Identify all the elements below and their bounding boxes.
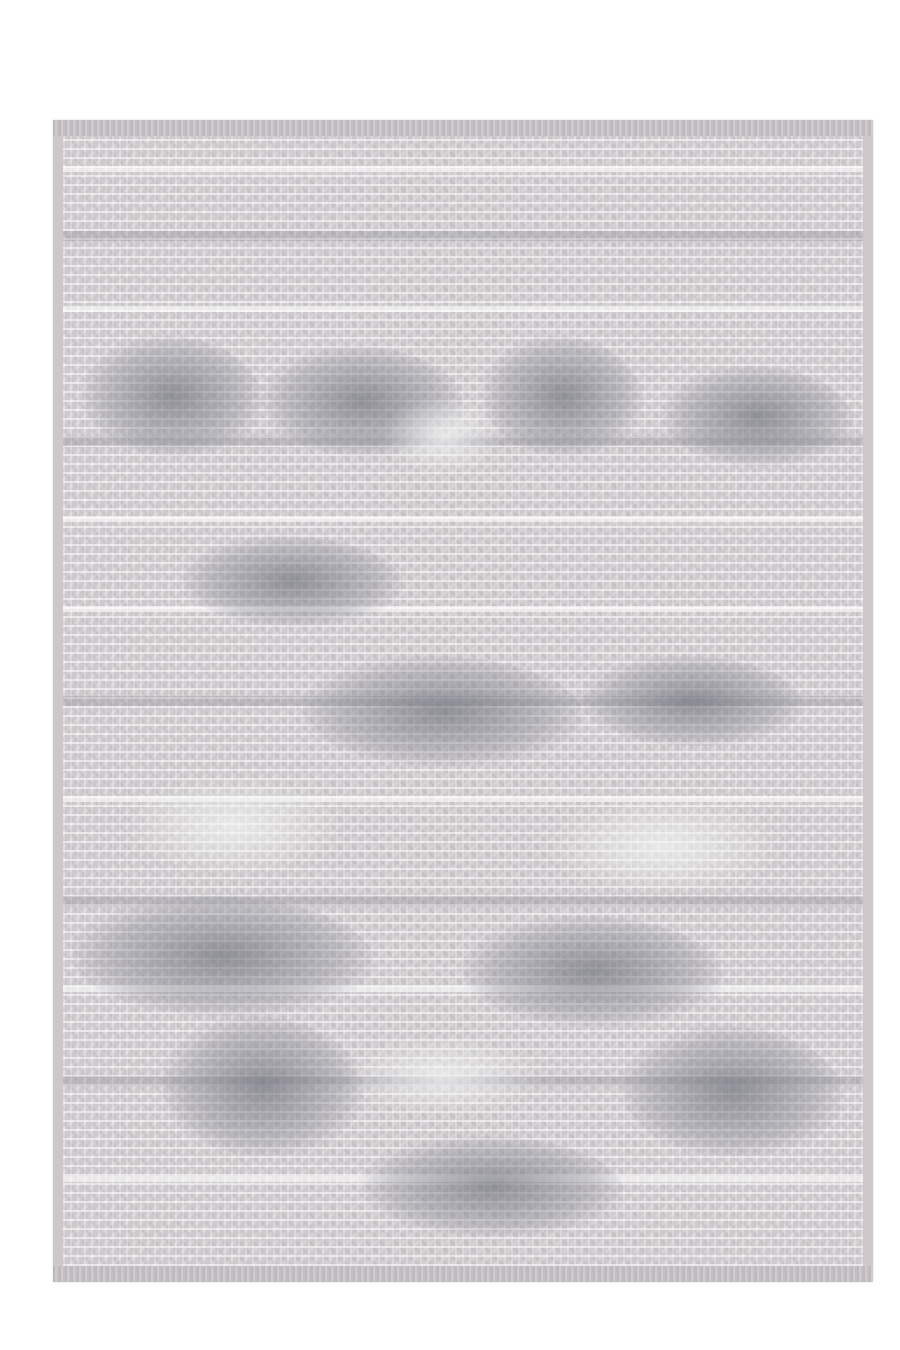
pattern-band [63,231,863,241]
pattern-band [63,516,863,522]
shadow-patch [463,916,723,1026]
shadow-patch [663,366,853,466]
shadow-patch [163,1016,363,1156]
pattern-band [63,166,863,172]
rug-fringe-top [53,120,873,136]
pattern-band [63,606,863,612]
rug-fringe-bottom [53,1266,873,1282]
pattern-band [63,306,863,312]
rug [53,120,873,1282]
highlight-patch [543,796,783,896]
shadow-patch [623,1026,843,1156]
highlight-patch [343,1036,543,1116]
highlight-patch [123,776,343,876]
shadow-patch [583,656,803,746]
shadow-patch [303,656,583,766]
highlight-patch [383,396,503,476]
shadow-patch [483,336,643,456]
shadow-patch [183,536,403,626]
shadow-patch [363,1136,623,1236]
shadow-patch [73,896,373,1016]
rug-pattern-field [63,136,863,1266]
shadow-patch [83,336,263,456]
